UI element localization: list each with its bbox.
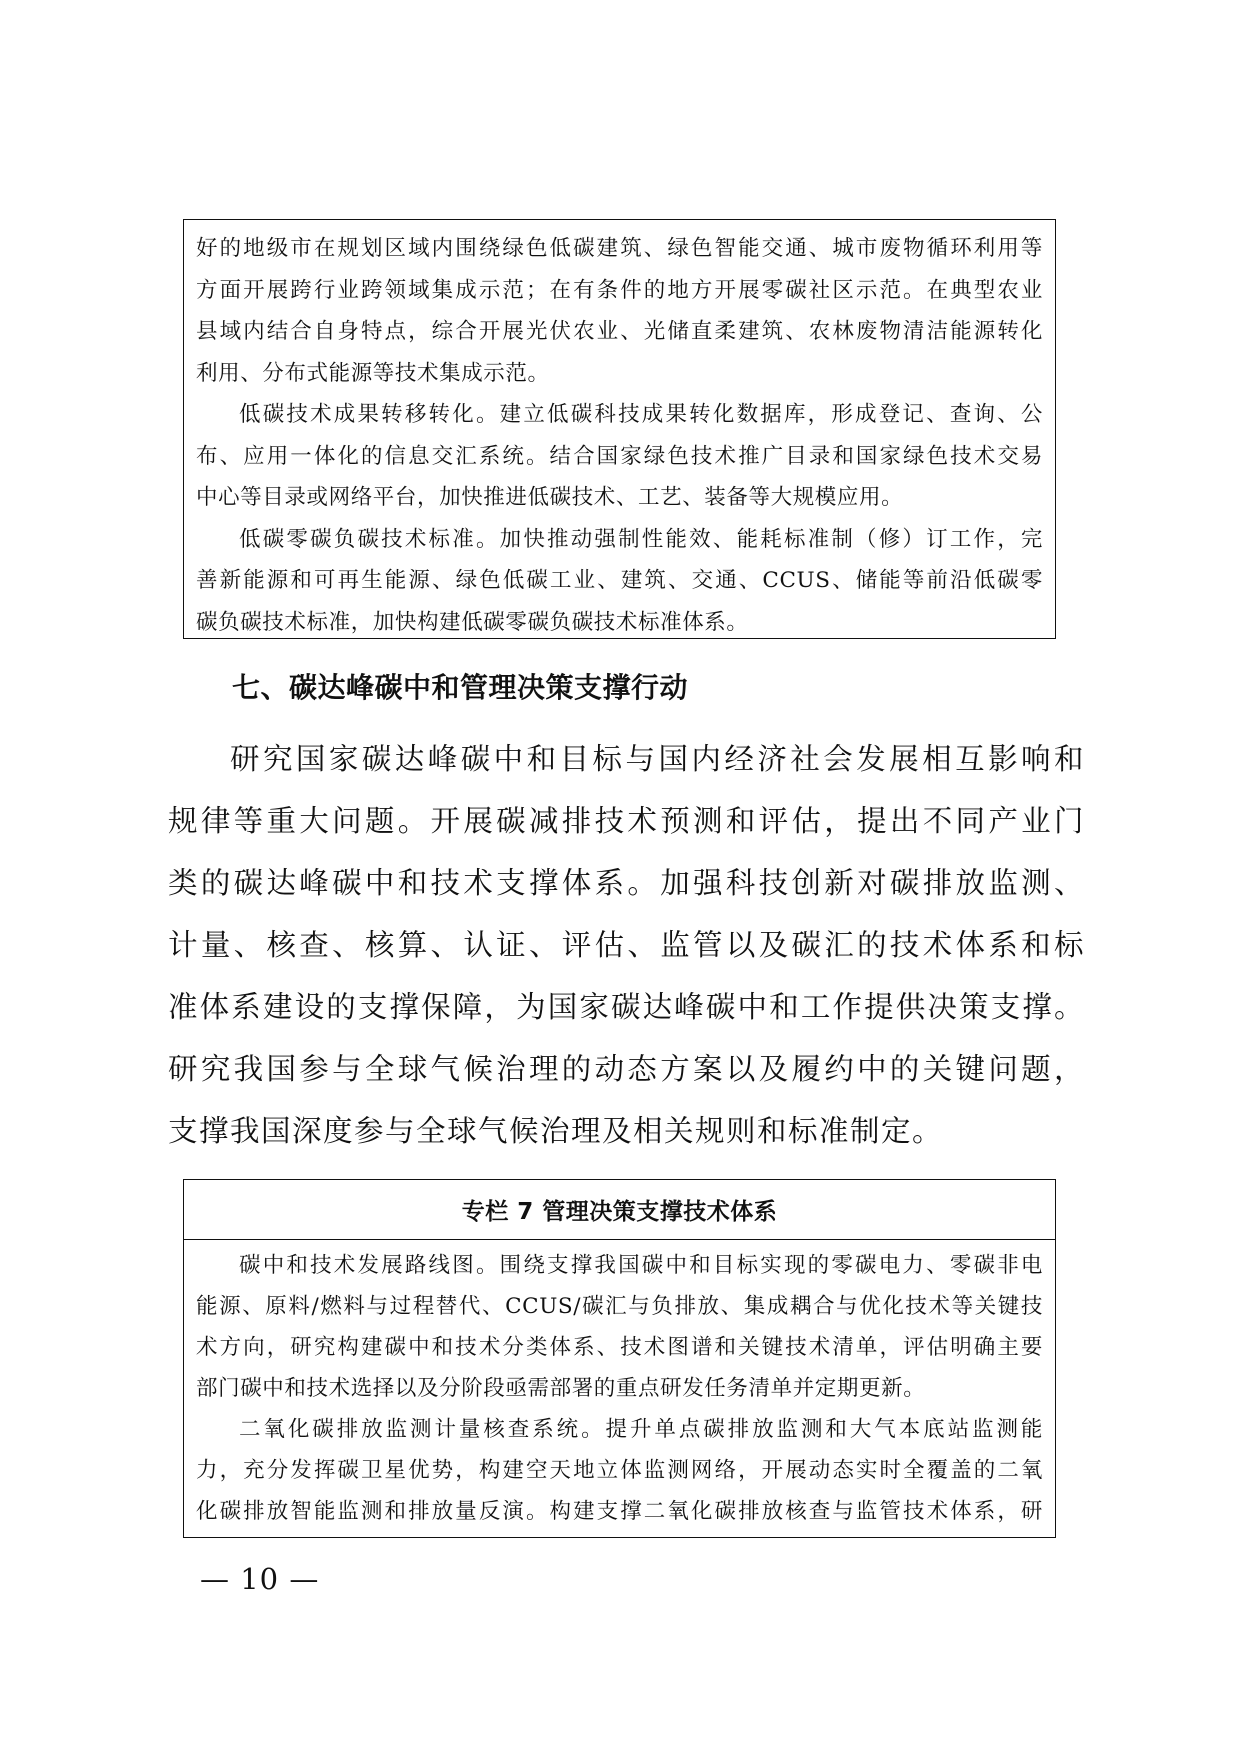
section-heading: 七、碳达峰碳中和管理决策支撑行动 [232,666,688,706]
paragraph-line: 研究国家碳达峰碳中和目标与国内经济社会发展相互影响和 [168,728,1085,790]
box1-line: 方面开展跨行业跨领域集成示范；在有条件的地方开展零碳社区示范。在典型农业 [196,270,1043,312]
page-number: — 10 — [200,1562,319,1596]
box2-line: 化碳排放智能监测和排放量反演。构建支撑二氧化碳排放核查与监管技术体系，研 [196,1491,1043,1532]
box1-line: 碳负碳技术标准，加快构建低碳零碳负碳技术标准体系。 [196,602,1043,644]
column-box-7: 专栏 7 管理决策支撑技术体系 碳中和技术发展路线图。围绕支撑我国碳中和目标实现… [183,1179,1056,1538]
column-box-continued: 好的地级市在规划区域内围绕绿色低碳建筑、绿色智能交通、城市废物循环利用等 方面开… [183,219,1056,639]
paragraph-line: 计量、核查、核算、认证、评估、监管以及碳汇的技术体系和标 [168,914,1085,976]
box2-line: 能源、原料/燃料与过程替代、CCUS/碳汇与负排放、集成耦合与优化技术等关键技 [196,1286,1043,1327]
box1-line: 好的地级市在规划区域内围绕绿色低碳建筑、绿色智能交通、城市废物循环利用等 [196,228,1043,270]
column-box-title: 专栏 7 管理决策支撑技术体系 [184,1180,1055,1240]
box1-line: 布、应用一体化的信息交汇系统。结合国家绿色技术推广目录和国家绿色技术交易 [196,436,1043,478]
paragraph-line: 类的碳达峰碳中和技术支撑体系。加强科技创新对碳排放监测、 [168,852,1085,914]
box2-line: 部门碳中和技术选择以及分阶段亟需部署的重点研发任务清单并定期更新。 [196,1368,1043,1409]
box1-line: 低碳零碳负碳技术标准。加快推动强制性能效、能耗标准制（修）订工作，完 [196,519,1043,561]
box1-line: 低碳技术成果转移转化。建立低碳科技成果转化数据库，形成登记、查询、公 [196,394,1043,436]
box2-line: 碳中和技术发展路线图。围绕支撑我国碳中和目标实现的零碳电力、零碳非电 [196,1245,1043,1286]
box2-line: 力，充分发挥碳卫星优势，构建空天地立体监测网络，开展动态实时全覆盖的二氧 [196,1450,1043,1491]
section-paragraph: 研究国家碳达峰碳中和目标与国内经济社会发展相互影响和 规律等重大问题。开展碳减排… [168,728,1085,1162]
paragraph-line: 规律等重大问题。开展碳减排技术预测和评估，提出不同产业门 [168,790,1085,852]
box1-line: 利用、分布式能源等技术集成示范。 [196,353,1043,395]
box1-line: 善新能源和可再生能源、绿色低碳工业、建筑、交通、CCUS、储能等前沿低碳零 [196,560,1043,602]
paragraph-line: 准体系建设的支撑保障，为国家碳达峰碳中和工作提供决策支撑。 [168,976,1085,1038]
paragraph-line: 支撑我国深度参与全球气候治理及相关规则和标准制定。 [168,1100,1085,1162]
box2-line: 二氧化碳排放监测计量核查系统。提升单点碳排放监测和大气本底站监测能 [196,1409,1043,1450]
column-box-body: 碳中和技术发展路线图。围绕支撑我国碳中和目标实现的零碳电力、零碳非电 能源、原料… [184,1240,1055,1532]
paragraph-line: 研究我国参与全球气候治理的动态方案以及履约中的关键问题， [168,1038,1085,1100]
box1-line: 中心等目录或网络平台，加快推进低碳技术、工艺、装备等大规模应用。 [196,477,1043,519]
box2-line: 术方向，研究构建碳中和技术分类体系、技术图谱和关键技术清单，评估明确主要 [196,1327,1043,1368]
box1-line: 县域内结合自身特点，综合开展光伏农业、光储直柔建筑、农林废物清洁能源转化 [196,311,1043,353]
